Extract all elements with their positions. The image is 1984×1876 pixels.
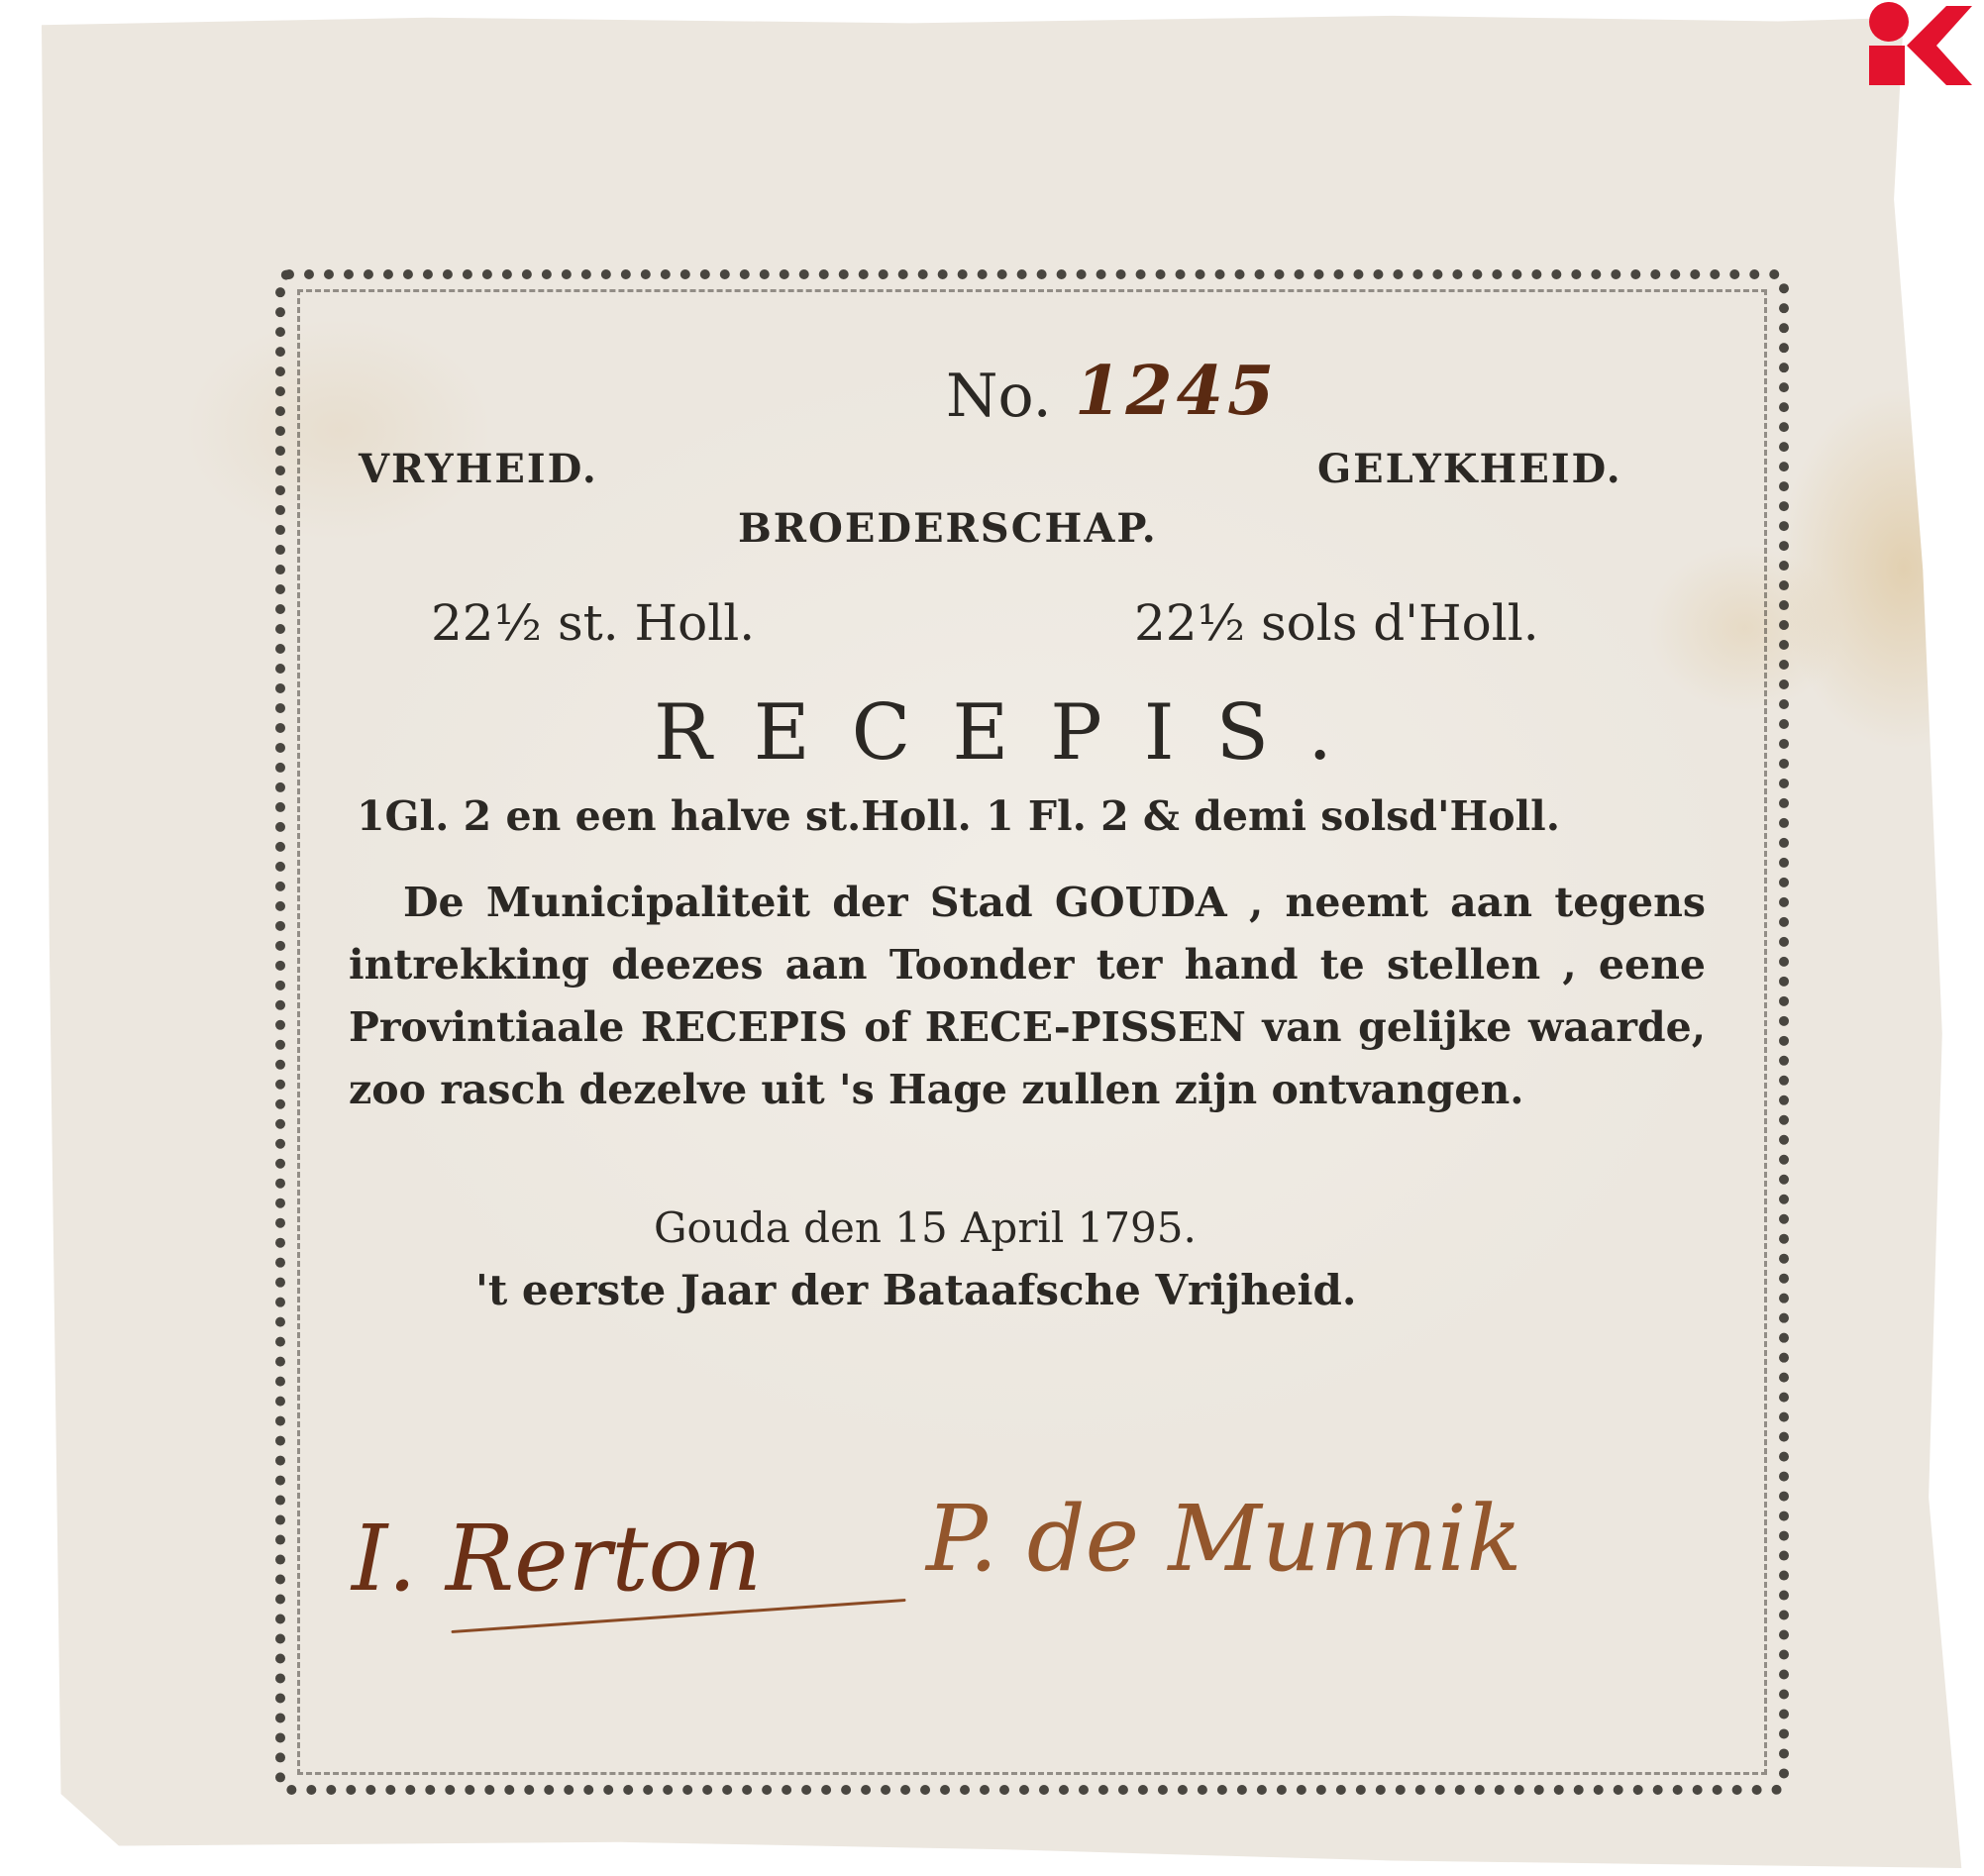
date-line: Gouda den 15 April 1795. bbox=[654, 1203, 1197, 1252]
value-french: 22½ sols d'Holl. bbox=[1134, 594, 1539, 652]
signature-1: I. Rerton bbox=[352, 1506, 762, 1612]
era-line: 't eerste Jaar der Bataafsche Vrijheid. bbox=[475, 1266, 1357, 1314]
number-label: No. bbox=[946, 362, 1052, 431]
motto-fraternity: BROEDERSCHAP. bbox=[738, 505, 1158, 552]
signature-2: P. de Munnik bbox=[926, 1486, 1521, 1592]
note-title: RECEPIS. bbox=[654, 688, 1374, 778]
ik-logo-icon bbox=[1867, 0, 1974, 85]
body-paragraph: De Municipaliteit der Stad GOUDA , neemt… bbox=[349, 872, 1706, 1121]
body-text: De Municipaliteit der Stad GOUDA , neemt… bbox=[349, 879, 1706, 1113]
motto-liberty: VRYHEID. bbox=[359, 446, 598, 492]
motto-equality: GELYKHEID. bbox=[1317, 446, 1622, 492]
denomination-line: 1Gl. 2 en een halve st.Holl. 1 Fl. 2 & d… bbox=[357, 792, 1560, 840]
serial-number: 1245 bbox=[1075, 352, 1278, 431]
value-dutch: 22½ st. Holl. bbox=[431, 594, 755, 652]
